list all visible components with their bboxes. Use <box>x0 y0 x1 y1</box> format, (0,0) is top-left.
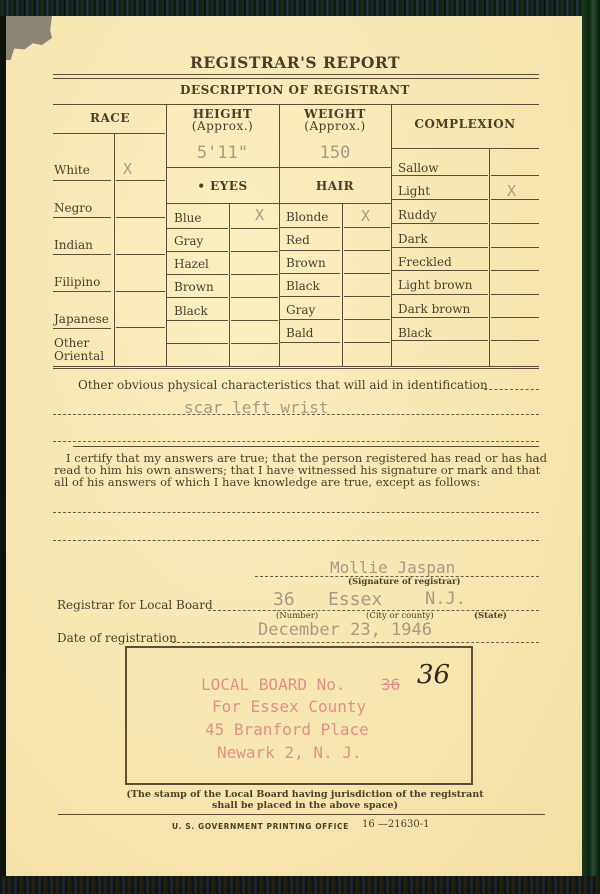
complexion-light-mark: X <box>507 182 516 200</box>
hair-gray-label: Gray <box>286 303 315 317</box>
race-white-label: White <box>54 163 90 177</box>
state-caption: (State) <box>474 611 507 621</box>
hair-header: HAIR <box>279 179 391 193</box>
hair-blonde-mark: X <box>361 207 370 225</box>
hair-brown-label: Brown <box>286 256 326 270</box>
complexion-black-label: Black <box>398 326 432 340</box>
title-rule-2 <box>53 78 539 79</box>
race-japanese-label: Japanese <box>54 312 109 326</box>
eyes-hazel-label: Hazel <box>174 257 209 271</box>
stamp-caption-line-2: shall be placed in the above space) <box>100 800 510 811</box>
eyes-brown-label: Brown <box>174 280 214 294</box>
col-line-complexion <box>391 104 392 366</box>
race-filipino-label: Filipino <box>54 275 100 289</box>
stamp-line-1: LOCAL BOARD No. <box>201 675 346 694</box>
complexion-sallow-label: Sallow <box>398 161 439 175</box>
local-board-number: 36 <box>273 589 295 610</box>
other-characteristics-line <box>53 414 539 415</box>
race-negro-label: Negro <box>54 201 92 215</box>
registrar-signature: Mollie Jaspan <box>330 558 455 577</box>
height-header: HEIGHT (Approx.) <box>166 108 279 132</box>
scan-border-right <box>582 0 600 894</box>
exceptions-line-1 <box>53 512 539 513</box>
hair-bald-label: Bald <box>286 326 314 340</box>
local-board-label: Registrar for Local Board <box>57 598 213 612</box>
complexion-light-brown-label: Light brown <box>398 278 473 292</box>
scan-border-top <box>0 0 600 16</box>
registration-date: December 23, 1946 <box>258 620 432 640</box>
stamp-struck-number: 36 <box>381 675 400 694</box>
col-line-hair-mark <box>342 203 343 366</box>
document-subtitle: DESCRIPTION OF REGISTRANT <box>0 83 590 97</box>
complexion-dark-brown-label: Dark brown <box>398 302 470 316</box>
eyes-blue-mark: X <box>255 206 264 224</box>
scan-border-bottom <box>0 876 600 894</box>
race-other-oriental-label: Other Oriental <box>54 337 116 363</box>
weight-header: WEIGHT (Approx.) <box>279 108 391 132</box>
race-other-oriental-text: Other Oriental <box>54 336 104 363</box>
eyes-header: • EYES <box>166 179 279 193</box>
hair-red-label: Red <box>286 233 310 247</box>
document-title: REGISTRAR'S REPORT <box>0 53 590 72</box>
hair-blonde-label: Blonde <box>286 210 328 224</box>
complexion-ruddy-label: Ruddy <box>398 208 437 222</box>
weight-value: 150 <box>279 143 391 163</box>
local-board-state: N.J. <box>425 589 466 609</box>
stamp-line-3: 45 Branford Place <box>205 720 369 739</box>
certification-line-3: all of his answers of which I have knowl… <box>54 476 547 488</box>
date-label: Date of registration <box>57 631 177 645</box>
race-indian-label: Indian <box>54 238 93 252</box>
stamp-caption-line-1: (The stamp of the Local Board having jur… <box>100 789 510 800</box>
table-bottom-rule-2 <box>53 368 539 369</box>
race-header: RACE <box>54 111 166 125</box>
table-bottom-rule <box>53 366 539 367</box>
complexion-freckled-label: Freckled <box>398 255 452 269</box>
title-rule-1 <box>53 74 539 75</box>
race-white-mark: X <box>123 160 132 178</box>
exceptions-line-2 <box>53 540 539 541</box>
eyes-blue-label: Blue <box>174 211 202 225</box>
other-characteristics-label: Other obvious physical characteristics t… <box>78 378 488 392</box>
complexion-header: COMPLEXION <box>391 117 539 131</box>
col-line-eyes-mark <box>229 203 230 366</box>
eyes-black-label: Black <box>174 304 208 318</box>
height-sub-text: (Approx.) <box>166 120 279 132</box>
height-value: 5'11" <box>166 143 279 163</box>
eyes-gray-label: Gray <box>174 234 203 248</box>
complexion-dark-label: Dark <box>398 232 428 246</box>
printer-name: U. S. GOVERNMENT PRINTING OFFICE <box>172 822 349 831</box>
certification-text: I certify that my answers are true; that… <box>54 452 547 488</box>
stamp-line-2: For Essex County <box>212 697 366 716</box>
stamp-line-4: Newark 2, N. J. <box>217 743 362 762</box>
form-number: 16 —21630-1 <box>362 819 429 830</box>
complexion-light-label: Light <box>398 184 430 198</box>
stamp-caption: (The stamp of the Local Board having jur… <box>100 789 510 811</box>
col-line-complexion-mark <box>489 148 490 366</box>
local-board-county: Essex <box>328 589 382 610</box>
weight-sub-text: (Approx.) <box>279 120 391 132</box>
col-line-race-mark <box>114 133 115 366</box>
stamp-handwritten-number: 36 <box>417 660 450 690</box>
hair-black-label: Black <box>286 279 320 293</box>
table-top-rule <box>53 104 539 105</box>
footer-rule <box>58 814 545 815</box>
signature-caption: (Signature of registrar) <box>348 577 461 587</box>
